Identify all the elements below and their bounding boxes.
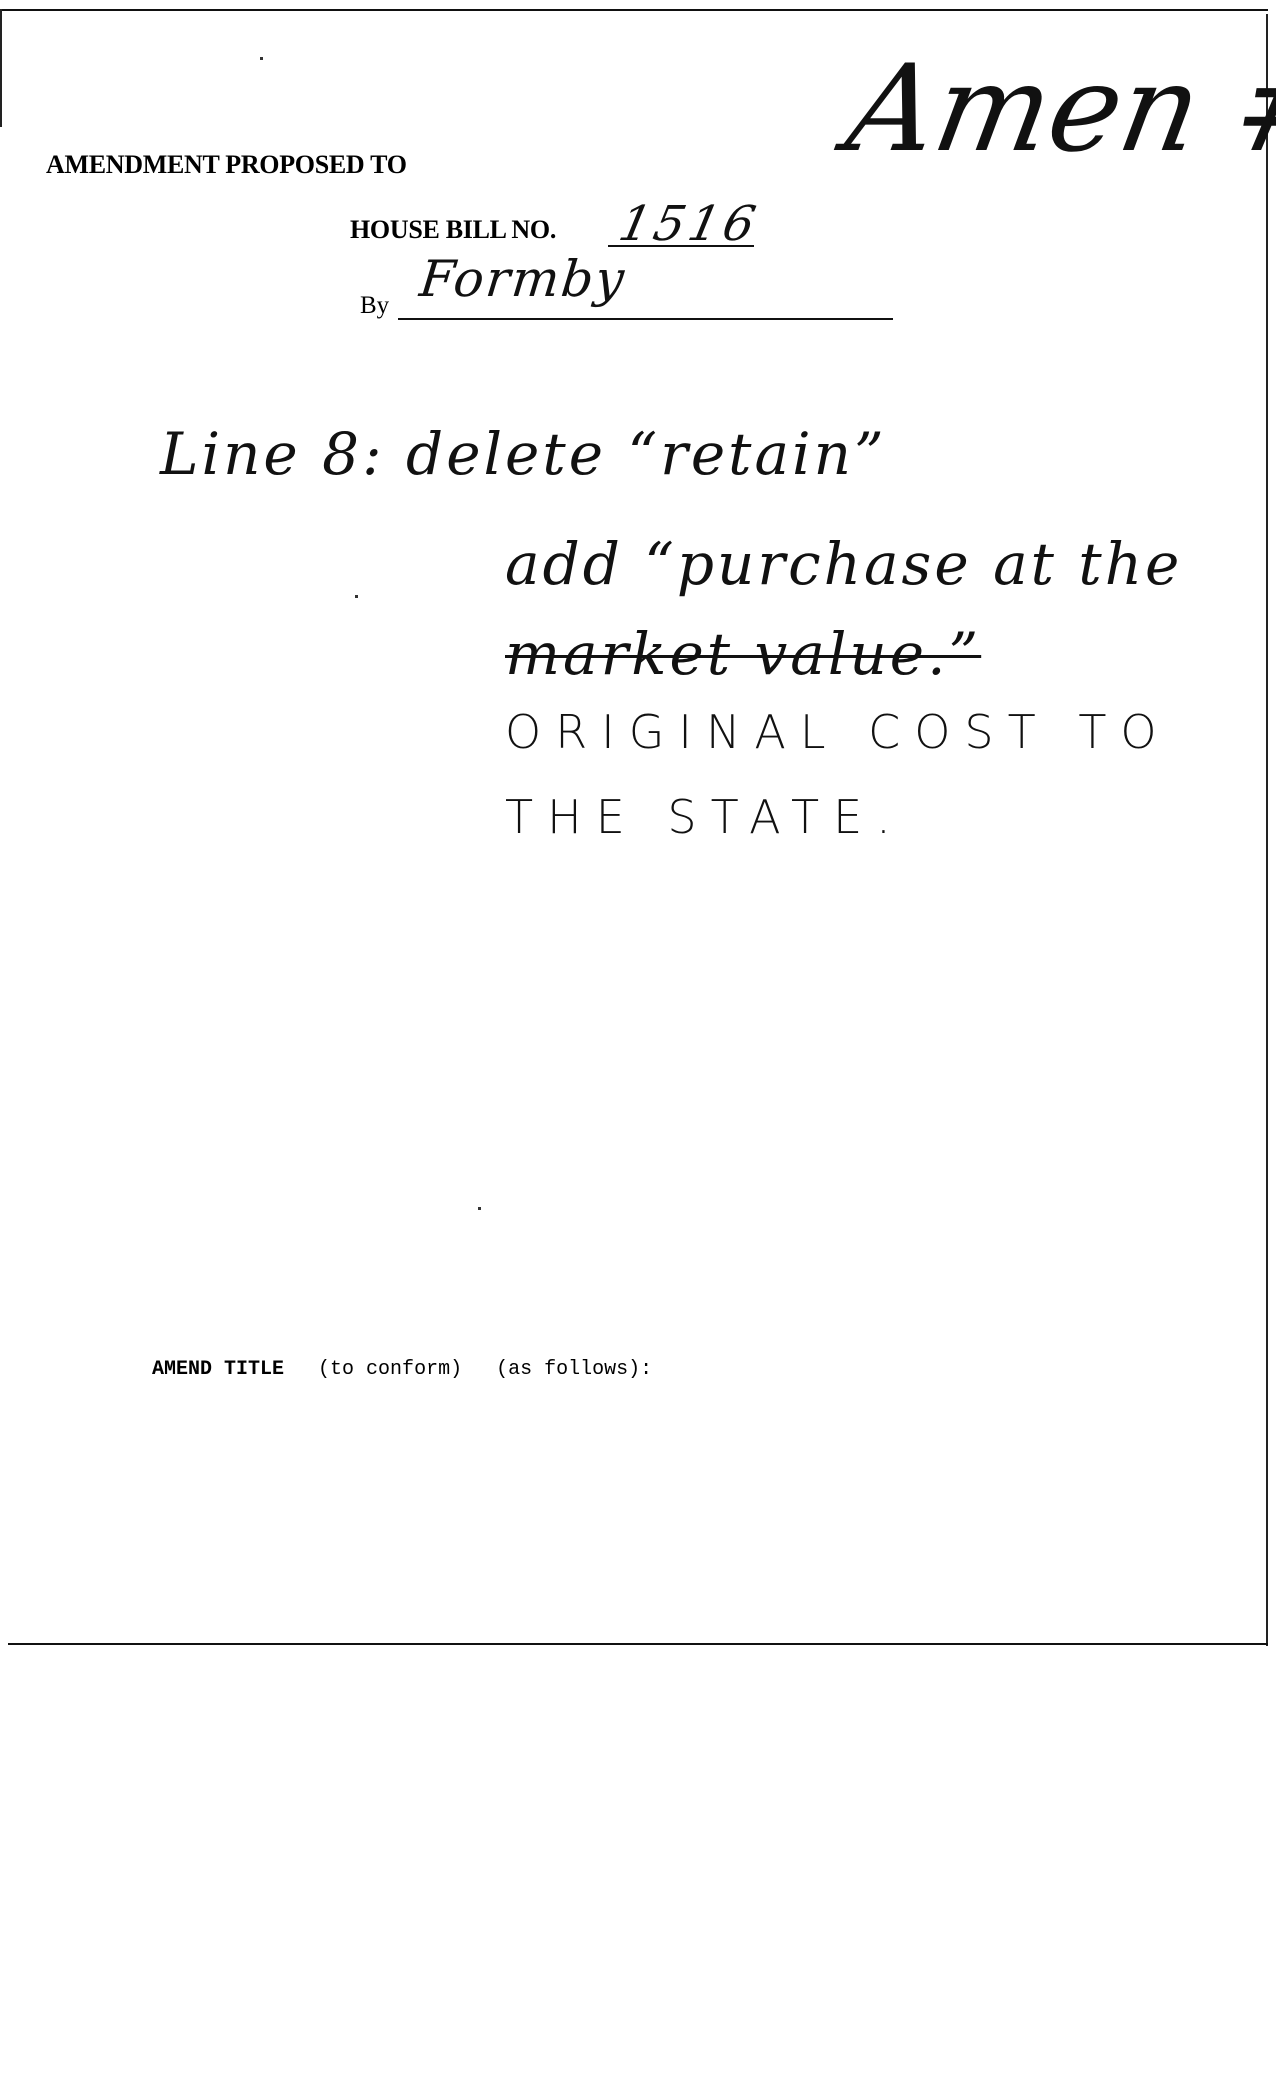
page-border-top [0, 9, 1268, 11]
amendment-number-handwritten: Amen #1 [838, 40, 1276, 179]
scan-speck [355, 595, 358, 598]
amend-title-label: AMEND TITLE [152, 1358, 284, 1381]
handwritten-line-5: THE STATE. [505, 790, 905, 844]
handwritten-line-2: add “purchase at the [505, 530, 1182, 598]
amend-title-option-follows: (as follows): [496, 1358, 652, 1381]
scan-speck [260, 57, 263, 60]
handwritten-line-1: Line 8: delete “retain” [160, 420, 887, 488]
amend-title-option-conform: (to conform) [318, 1358, 462, 1381]
document-heading: AMENDMENT PROPOSED TO [46, 150, 407, 180]
house-bill-label: HOUSE BILL NO. [350, 215, 556, 245]
amend-title-line: AMEND TITLE (to conform) (as follows): [152, 1358, 674, 1381]
scan-speck [478, 1207, 481, 1210]
by-label: By [360, 292, 389, 320]
bill-number-handwritten: 1516 [614, 196, 764, 252]
sponsor-underline [398, 318, 893, 320]
page-border-left [0, 9, 2, 127]
handwritten-line-4: ORIGINAL COST TO [505, 705, 1171, 759]
handwritten-line-3-struck: market value.” [505, 620, 981, 688]
sponsor-handwritten: Formby [417, 250, 629, 308]
page-border-bottom [8, 1643, 1268, 1645]
page-border-right [1266, 14, 1268, 1646]
